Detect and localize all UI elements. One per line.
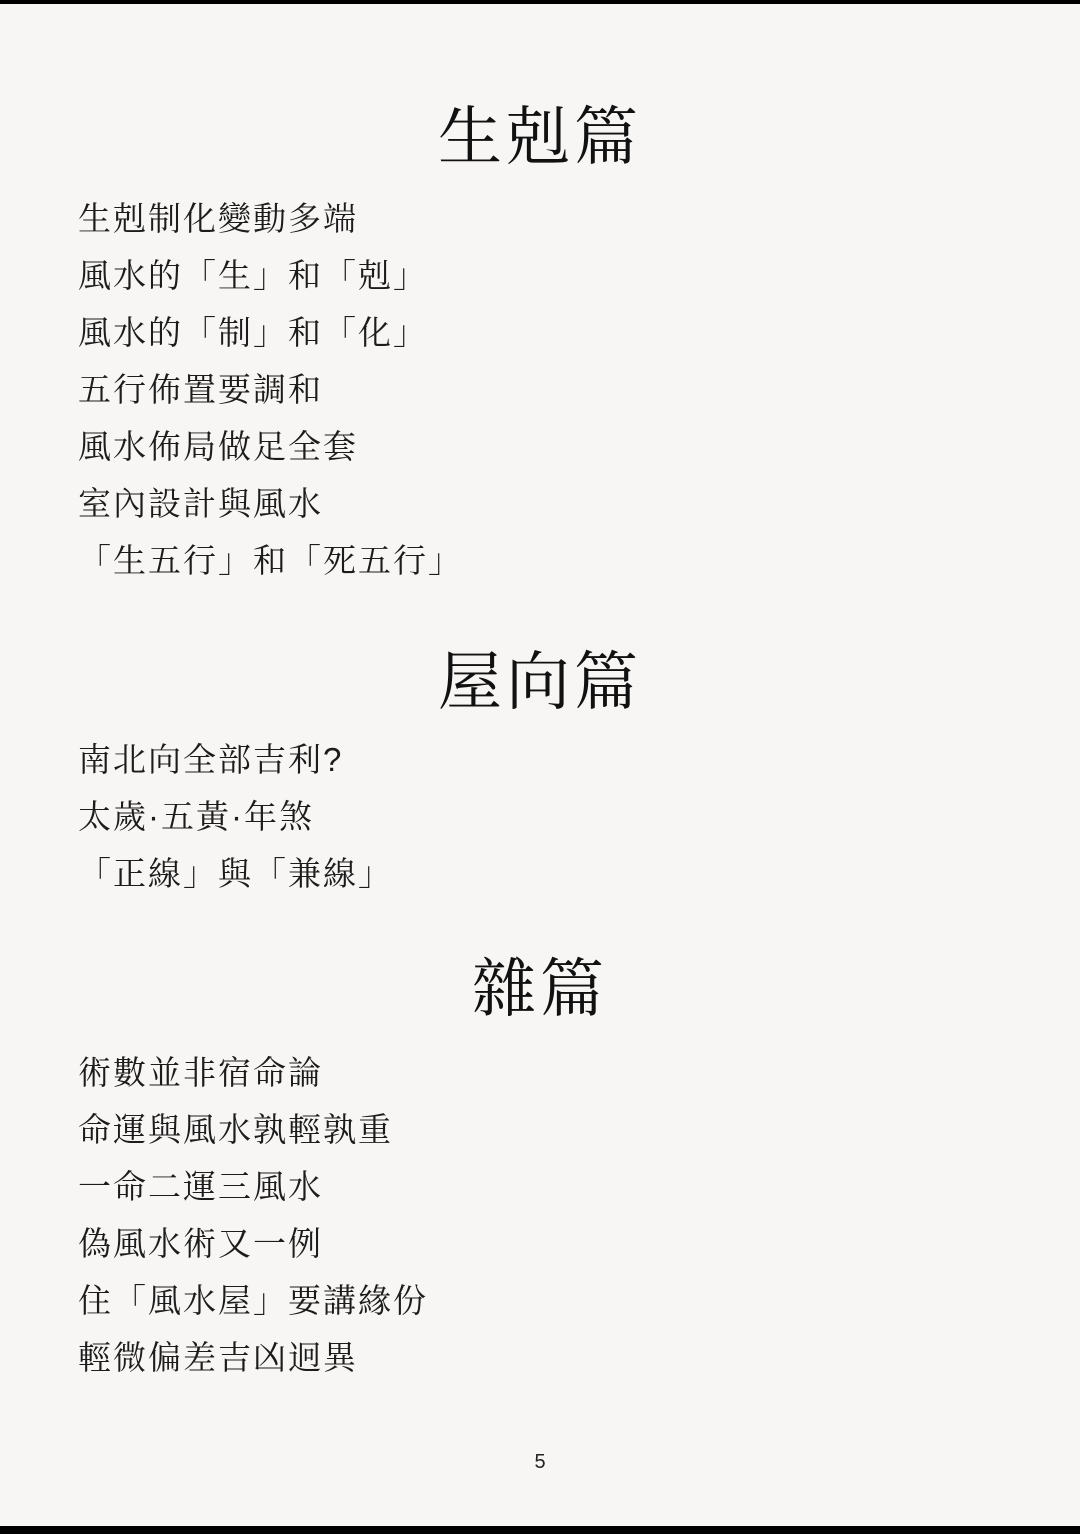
toc-entry: 五行佈置要調和: [78, 361, 1020, 418]
toc-entry: 太歲·五黃·年煞: [78, 788, 1020, 845]
toc-entry: 風水的「制」和「化」: [78, 304, 1020, 361]
toc-entry: 輕微偏差吉凶迥異: [78, 1329, 1020, 1386]
toc-entry: 南北向全部吉利?: [78, 731, 1020, 788]
toc-entry: 「正線」與「兼線」: [78, 845, 1020, 902]
toc-entry: 風水的「生」和「剋」: [78, 247, 1020, 304]
toc-list-za: 術數並非宿命論 命運與風水孰輕孰重 一命二運三風水 偽風水術又一例 住「風水屋」…: [0, 1044, 1080, 1386]
toc-entry: 住「風水屋」要講緣份: [78, 1272, 1020, 1329]
toc-entry: 「生五行」和「死五行」: [78, 532, 1020, 589]
toc-entry: 術數並非宿命論: [78, 1044, 1020, 1101]
section-title-shengke: 生剋篇: [0, 4, 1080, 176]
toc-content: 生剋篇 生剋制化變動多端 風水的「生」和「剋」 風水的「制」和「化」 五行佈置要…: [0, 4, 1080, 1526]
toc-entry: 室內設計與風水: [78, 475, 1020, 532]
toc-list-shengke: 生剋制化變動多端 風水的「生」和「剋」 風水的「制」和「化」 五行佈置要調和 風…: [0, 190, 1080, 589]
toc-entry: 生剋制化變動多端: [78, 190, 1020, 247]
section-title-za: 雜篇: [0, 951, 1080, 1028]
toc-entry: 一命二運三風水: [78, 1158, 1020, 1215]
toc-entry: 命運與風水孰輕孰重: [78, 1101, 1020, 1158]
toc-entry: 風水佈局做足全套: [78, 418, 1020, 475]
screen-bottom-edge-bar: [0, 1526, 1080, 1534]
page-number: 5: [0, 1451, 1080, 1474]
section-title-wuxiang: 屋向篇: [0, 644, 1080, 721]
toc-list-wuxiang: 南北向全部吉利? 太歲·五黃·年煞 「正線」與「兼線」: [0, 731, 1080, 902]
toc-entry: 偽風水術又一例: [78, 1215, 1020, 1272]
toc-page: 生剋篇 生剋制化變動多端 風水的「生」和「剋」 風水的「制」和「化」 五行佈置要…: [0, 4, 1080, 1526]
